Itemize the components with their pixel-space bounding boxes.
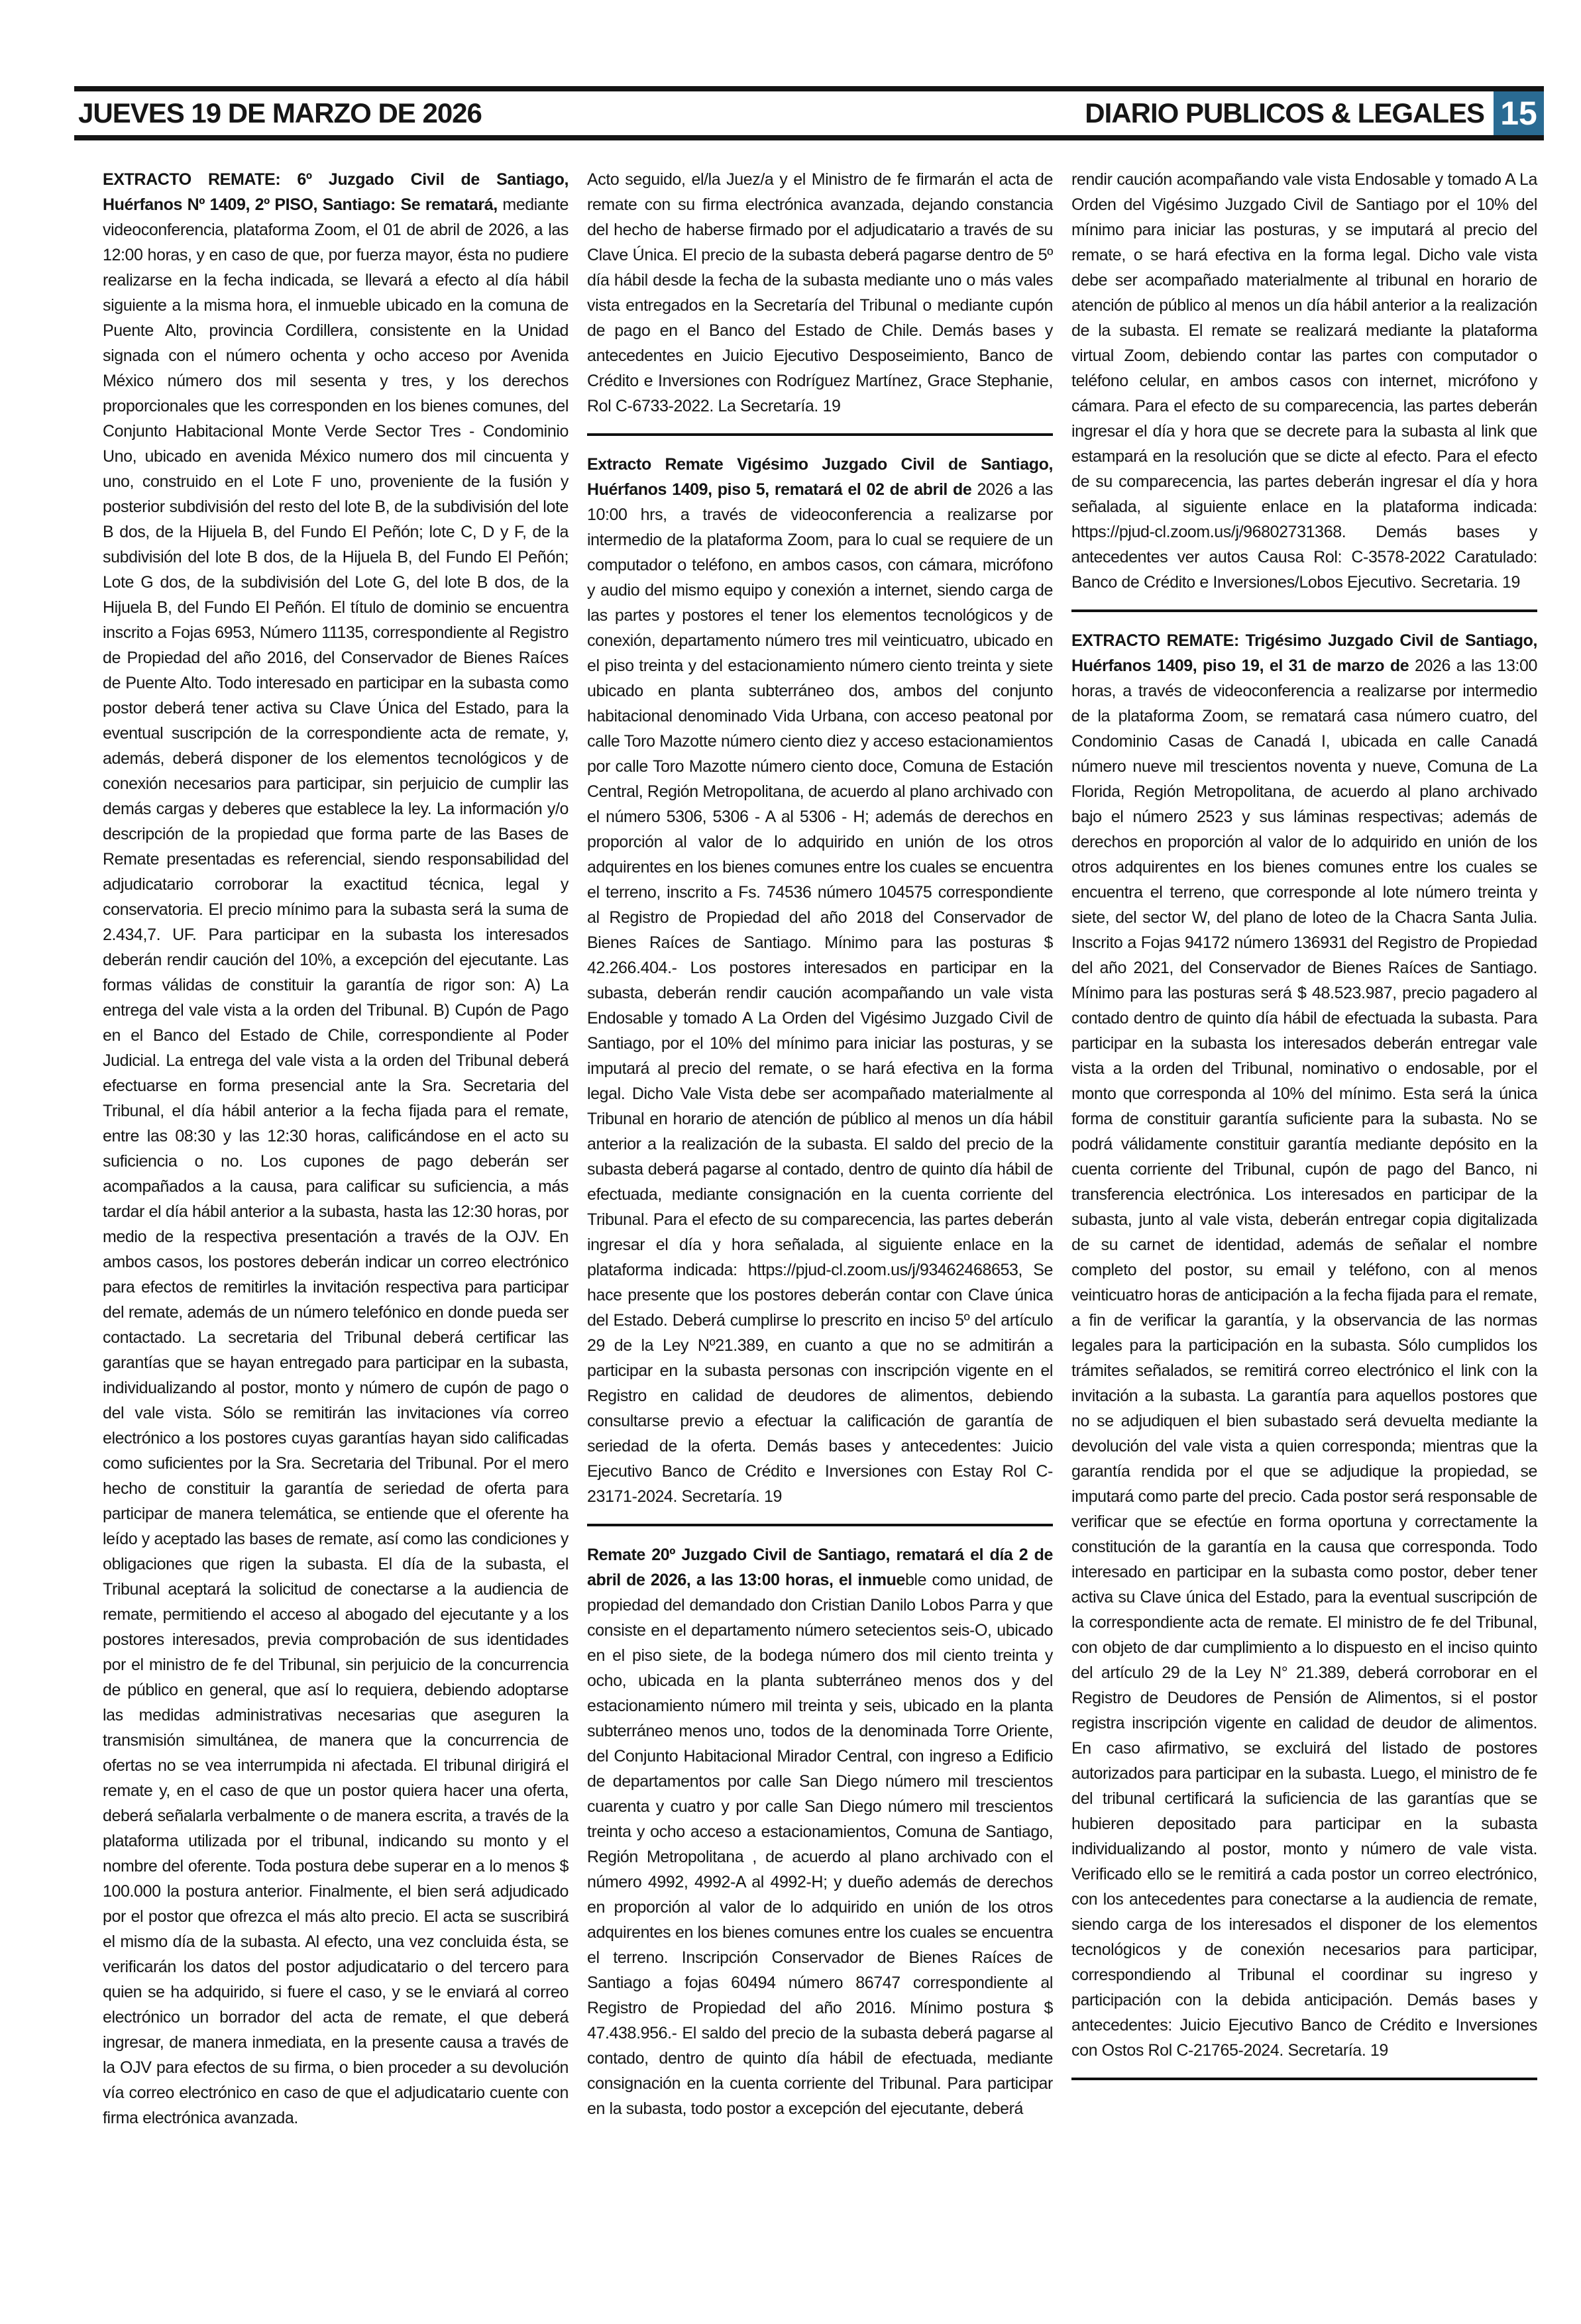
notice-3-body-part2: rendir caución acompañando vale vista En… (1071, 170, 1537, 592)
notice-3-body-part1: ble como unidad, de propiedad del demand… (587, 1571, 1053, 2118)
notice-separator-rule (587, 433, 1053, 436)
notice-separator-rule (1071, 609, 1537, 612)
page-number-badge: 15 (1494, 91, 1544, 135)
column-3: rendir caución acompañando vale vista En… (1071, 167, 1537, 2096)
notice-extracto-remate-trigesimo-juzgado: EXTRACTO REMATE: Trigésimo Juzgado Civil… (1071, 628, 1537, 2063)
column-1: EXTRACTO REMATE: 6º Juzgado Civil de San… (103, 167, 569, 2131)
notice-2-body: 2026 a las 10:00 hrs, a través de videoc… (587, 480, 1053, 1506)
issue-date: JUEVES 19 DE MARZO DE 2026 (74, 97, 482, 129)
notice-1-body-continuation: Acto seguido, el/la Juez/a y el Ministro… (587, 170, 1053, 415)
notice-1-continuation: Acto seguido, el/la Juez/a y el Ministro… (587, 167, 1053, 419)
notice-4-body: 2026 a las 13:00 horas, a través de vide… (1071, 657, 1537, 2060)
legal-notices-area: EXTRACTO REMATE: 6º Juzgado Civil de San… (103, 167, 1538, 2131)
notice-extracto-remate-6-juzgado: EXTRACTO REMATE: 6º Juzgado Civil de San… (103, 167, 569, 2131)
notice-separator-rule (587, 1524, 1053, 1526)
masthead: JUEVES 19 DE MARZO DE 2026 DIARIO PUBLIC… (74, 86, 1544, 140)
newspaper-page: JUEVES 19 DE MARZO DE 2026 DIARIO PUBLIC… (0, 0, 1581, 2324)
publication-title: DIARIO PUBLICOS & LEGALES (1085, 97, 1484, 129)
notice-remate-20-juzgado: Remate 20º Juzgado Civil de Santiago, re… (587, 1542, 1053, 2121)
column-2: Acto seguido, el/la Juez/a y el Ministro… (587, 167, 1053, 2121)
masthead-band: JUEVES 19 DE MARZO DE 2026 DIARIO PUBLIC… (74, 86, 1544, 140)
masthead-right: DIARIO PUBLICOS & LEGALES 15 (1085, 91, 1544, 135)
notice-1-body: mediante videoconferencia, plataforma Zo… (103, 195, 569, 2127)
notice-3-continuation: rendir caución acompañando vale vista En… (1071, 167, 1537, 595)
notice-extracto-remate-vigesimo-juzgado: Extracto Remate Vigésimo Juzgado Civil d… (587, 452, 1053, 1509)
end-of-notices-rule (1071, 2078, 1537, 2080)
